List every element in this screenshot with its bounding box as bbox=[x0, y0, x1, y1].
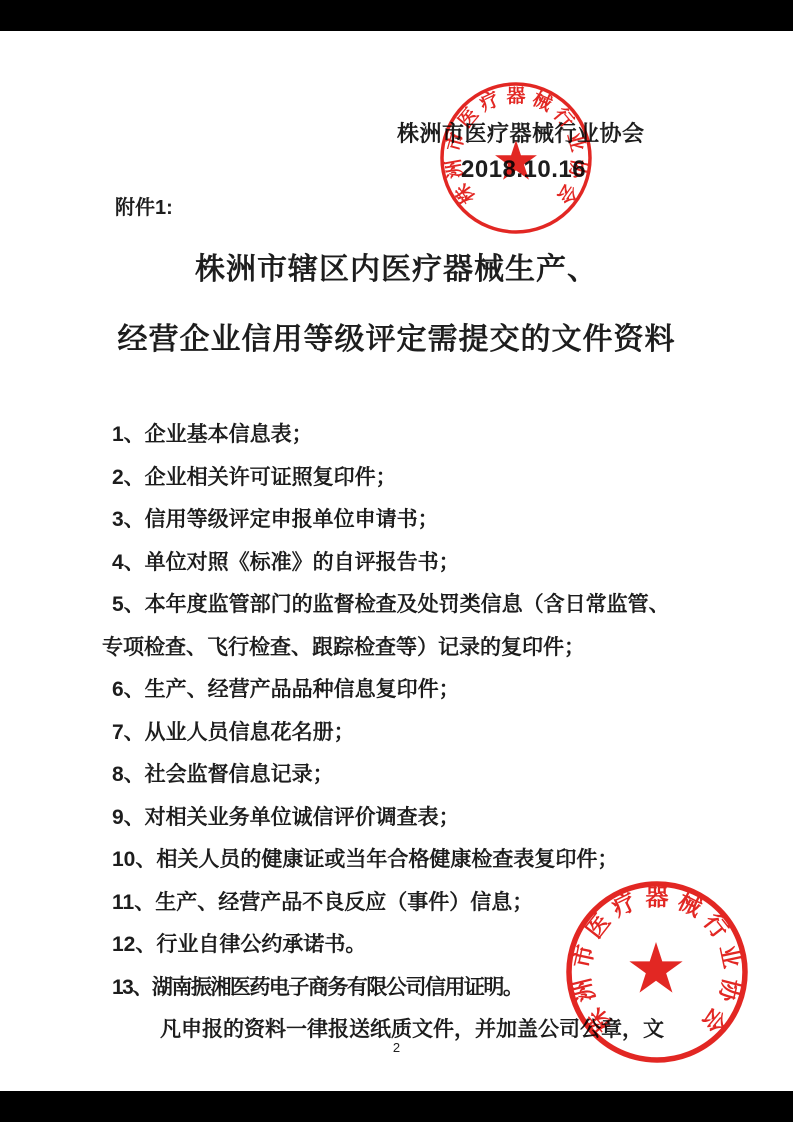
stamp-curved-char: 洲 bbox=[569, 976, 600, 1005]
stamp-curved-char: 协 bbox=[714, 976, 745, 1006]
stamp-curved-char: 株 bbox=[450, 179, 480, 208]
association-seal-stamp-top: 株洲市医疗器械行业协会 bbox=[436, 78, 596, 238]
stamp-curved-char: 医 bbox=[454, 104, 483, 133]
list-item: 专项检查、飞行检查、跟踪检查等）记录的复印件； bbox=[102, 627, 752, 670]
bottom-letterbox-bar bbox=[0, 1091, 793, 1122]
star-icon bbox=[629, 942, 682, 993]
stamp-curved-char: 协 bbox=[564, 157, 590, 181]
list-item: 1、企业基本信息表； bbox=[112, 414, 752, 457]
stamp-curved-char: 疗 bbox=[476, 87, 503, 116]
star-icon bbox=[495, 140, 537, 180]
stamp-curved-char: 行 bbox=[699, 909, 734, 943]
stamp-curved-char: 市 bbox=[569, 942, 599, 970]
stamp-curved-char: 株 bbox=[582, 1003, 617, 1037]
attachment-label: 附件1: bbox=[115, 191, 173, 220]
association-seal-stamp-bottom: 株洲市医疗器械行业协会 bbox=[563, 878, 751, 1066]
stamp-curved-char: 洲 bbox=[442, 157, 467, 180]
list-item: 5、本年度监管部门的监督检查及处罚类信息（含日常监管、 bbox=[112, 584, 752, 627]
stamp-curved-char: 会 bbox=[697, 1003, 732, 1037]
stamp-curved-char: 械 bbox=[529, 87, 557, 116]
document-page: 株洲市医疗器械行业协会 2018.10.16 附件1: 株洲市辖区内医疗器械生产… bbox=[0, 0, 793, 1122]
document-title-line2: 经营企业信用等级评定需提交的文件资料 bbox=[0, 314, 793, 358]
list-item: 9、对相关业务单位诚信评价调查表； bbox=[112, 797, 752, 840]
list-item: 6、生产、经营产品品种信息复印件； bbox=[112, 669, 752, 712]
list-item: 8、社会监督信息记录； bbox=[112, 754, 752, 797]
stamp-curved-char: 医 bbox=[581, 909, 616, 943]
list-item: 2、企业相关许可证照复印件； bbox=[112, 457, 752, 500]
stamp-curved-char: 行 bbox=[549, 103, 579, 132]
stamp-curved-char: 器 bbox=[506, 85, 525, 107]
stamp-curved-char: 器 bbox=[646, 884, 669, 910]
stamp-curved-char: 会 bbox=[552, 179, 582, 208]
document-title-line1: 株洲市辖区内医疗器械生产、 bbox=[0, 244, 793, 288]
stamp-curved-char: 业 bbox=[715, 942, 745, 970]
top-letterbox-bar bbox=[0, 0, 793, 31]
list-item: 3、信用等级评定申报单位申请书； bbox=[112, 499, 752, 542]
list-item: 4、单位对照《标准》的自评报告书； bbox=[112, 542, 752, 585]
list-item: 10、相关人员的健康证或当年合格健康检查表复印件； bbox=[112, 839, 752, 882]
list-item: 7、从业人员信息花名册； bbox=[112, 712, 752, 755]
